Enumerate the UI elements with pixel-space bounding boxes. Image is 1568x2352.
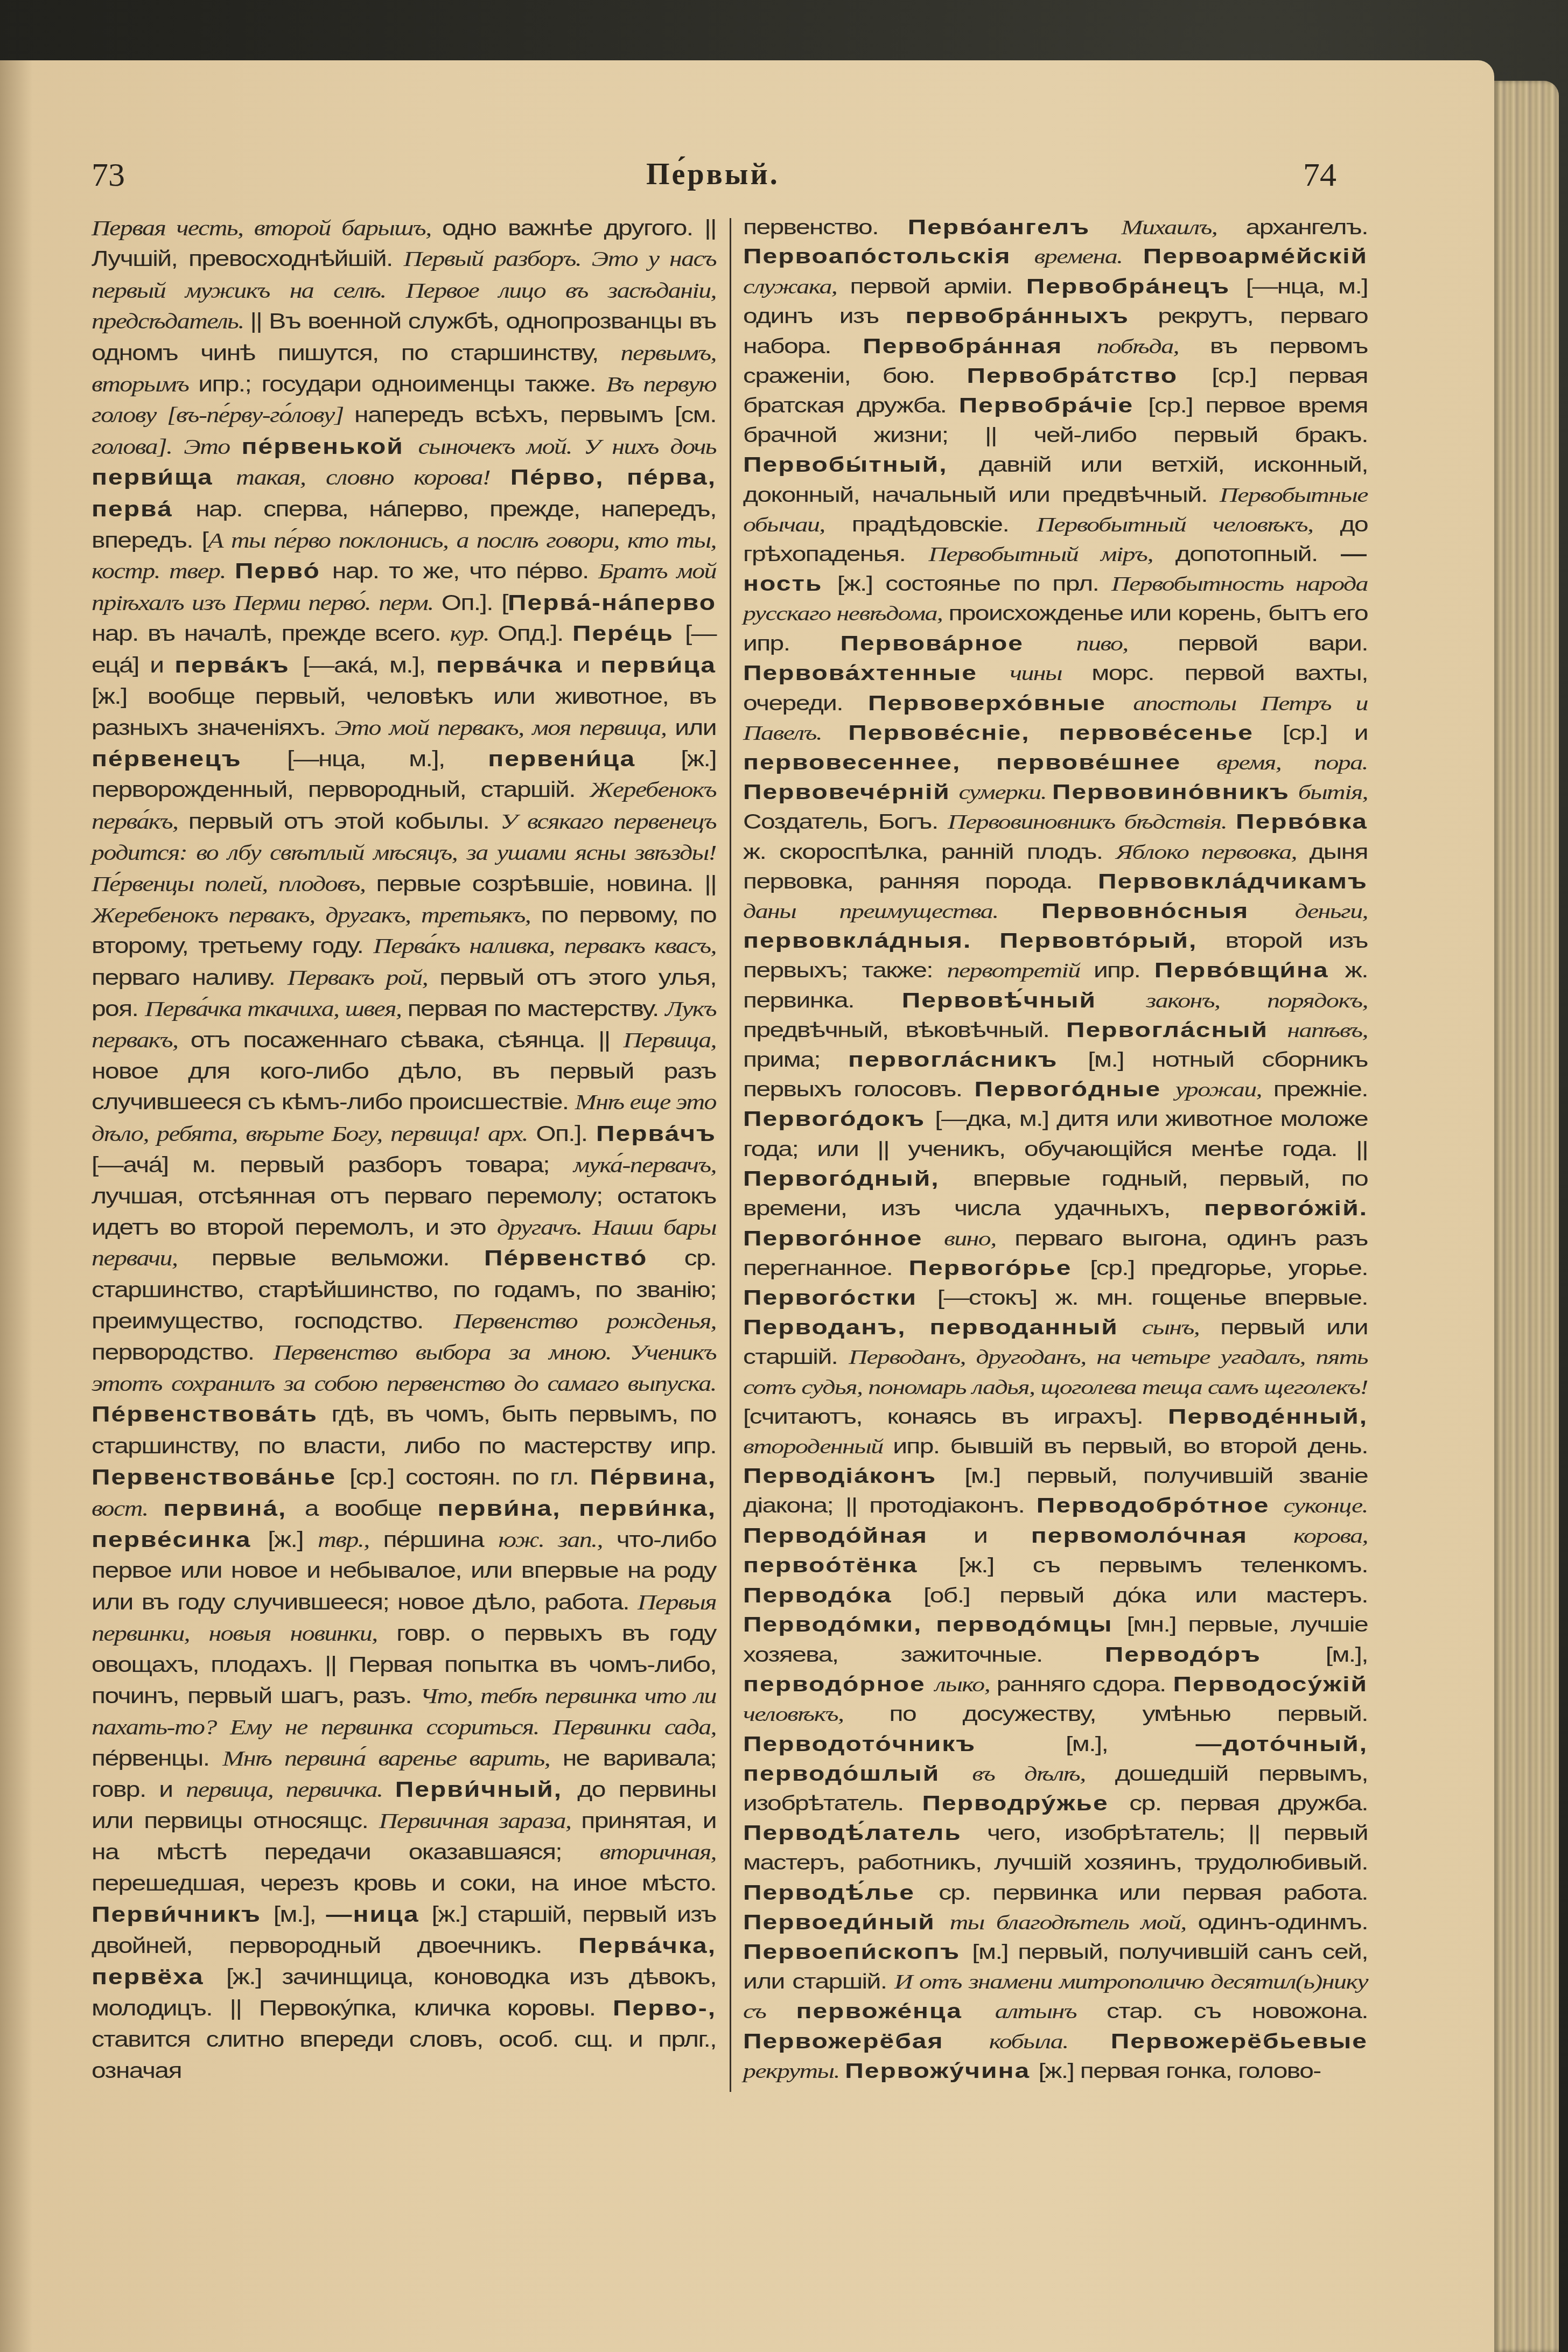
- headword: Первобра́нецъ: [1026, 275, 1246, 298]
- definition-text: предвѣчный, вѣковѣчный.: [743, 1019, 1066, 1042]
- example-text: побѣда,: [1096, 335, 1210, 358]
- headword: Первого́дный,: [743, 1167, 973, 1191]
- example-text: Первенство рожденья,: [453, 1309, 716, 1333]
- example-text: напѣвъ,: [1287, 1019, 1368, 1042]
- definition-text: [м.],: [1066, 1733, 1196, 1756]
- headword: Перво́вка: [1236, 810, 1368, 834]
- headword: Перводе́нный,: [1168, 1405, 1368, 1429]
- definition-text: ср. первая дружба.: [1129, 1792, 1368, 1815]
- definition-text: [—нца, м.],: [287, 747, 488, 771]
- headword: Перва́-на́перво: [508, 591, 716, 615]
- example-text: Мнѣ первина́ варенье варить,: [222, 1746, 562, 1770]
- page-number-right: 74: [1303, 156, 1336, 194]
- example-text: сумерки.: [958, 781, 1052, 804]
- example-text: сынъ,: [1142, 1316, 1221, 1339]
- headword: первоо́тёнка: [743, 1554, 958, 1577]
- column-divider: [730, 218, 731, 2092]
- example-text: второденный: [743, 1435, 893, 1458]
- example-text: Первица,: [623, 1028, 716, 1052]
- definition-text: ставится слитно впереди словъ, особ. сщ.…: [92, 2027, 716, 2083]
- example-text: корова,: [1293, 1524, 1368, 1548]
- definition-text: [об.] первый до́ка или мастеръ.: [923, 1584, 1368, 1607]
- headword: Первожерёбьевые: [1111, 2030, 1368, 2053]
- headword: Первовно́сныя: [1041, 900, 1295, 923]
- headword: Перво́вщи́на: [1154, 959, 1345, 982]
- example-text: Это мой первакъ, моя первица,: [335, 716, 675, 740]
- left-text-column: Первая честь, второй барышъ, одно важнѣе…: [92, 213, 716, 2087]
- example-text: вост.: [92, 1496, 163, 1521]
- headword: Перво­го́стки: [743, 1286, 937, 1310]
- definition-text: первая по мастерству.: [408, 997, 666, 1021]
- definition-text: [ж.] первая гонка, голово-: [1038, 2060, 1320, 2083]
- headword: перви́ща: [92, 466, 236, 490]
- page-header: 73 Пе́рвый. 74: [0, 156, 1494, 210]
- definition-text: первородство.: [92, 1340, 273, 1364]
- definition-text: пе́ршина: [383, 1528, 498, 1552]
- example-text: ты благодѣтель мой,: [950, 1911, 1198, 1934]
- definition-text: перваго наливу.: [92, 965, 288, 990]
- headword: перва́чка: [436, 653, 576, 677]
- headword: Перводо́йная: [743, 1524, 974, 1548]
- page-number-left: 73: [92, 156, 125, 194]
- definition-text: Создатель, Богъ.: [743, 810, 948, 834]
- headword: Перви́чникъ: [92, 1902, 274, 1927]
- headword: Перводіа́конъ: [743, 1465, 964, 1488]
- headword: пе́рвенецъ: [92, 747, 287, 771]
- example-text: сыночекъ мой. У нихъ дочь: [418, 435, 716, 459]
- example-text: Перва́къ наливка, первакъ квасъ,: [373, 934, 716, 958]
- definition-text: первый отъ этой кобылы.: [188, 809, 500, 834]
- example-text: деньги,: [1295, 900, 1368, 923]
- definition-text: перешедшая, черезъ кровь и соки, на иное…: [92, 1871, 716, 1895]
- definition-text: и: [576, 653, 600, 677]
- example-text: Первакъ рой,: [288, 965, 439, 990]
- definition-text: Оп.].: [536, 1122, 596, 1146]
- definition-text: прима;: [743, 1048, 848, 1072]
- headword: Пер­ви́чный,: [395, 1777, 578, 1802]
- headword: Первого́рье: [908, 1257, 1090, 1280]
- example-text: голова]. Это: [92, 435, 241, 459]
- definition-text: первенство.: [743, 216, 908, 239]
- headword: Перводосу́жій: [1173, 1673, 1368, 1696]
- headword: Перводѣ́лье: [743, 1881, 939, 1905]
- definition-text: ипр.: [1094, 959, 1154, 982]
- headword: Пере́ць: [572, 622, 685, 646]
- headword: Первожерёбая: [743, 2030, 989, 2053]
- headword: Первовер­хо́вные: [868, 691, 1133, 715]
- example-text: служака,: [743, 275, 850, 298]
- headword: перви́ца: [600, 653, 716, 677]
- example-text: Яблоко первовка,: [1116, 841, 1309, 864]
- example-text: Первая честь, второй барышъ,: [92, 216, 442, 240]
- headword: Первовкла́дчикамъ: [1098, 870, 1368, 893]
- headword: —ница: [326, 1902, 431, 1927]
- example-text: лыко,: [935, 1673, 997, 1696]
- headword: перводо́рное: [743, 1673, 935, 1696]
- definition-text: ранняго сдора.: [997, 1673, 1173, 1696]
- definition-text: Оп.]. [: [442, 591, 508, 615]
- definition-text: прадѣдовскіе.: [852, 513, 1037, 536]
- example-text: въ дѣлѣ,: [972, 1762, 1115, 1786]
- example-text: алтынъ: [995, 2000, 1107, 2024]
- headword: первени́ца: [488, 747, 681, 771]
- headword: Перводѣ́латель: [743, 1822, 987, 1845]
- right-text-column: первенство. Перво́ангелъ Михаилъ, арханг…: [743, 213, 1368, 2087]
- headword: Первожу́чина: [845, 2060, 1038, 2083]
- headword: Пе́рвенство́: [484, 1247, 684, 1271]
- headword: Перва́чъ: [596, 1122, 716, 1146]
- definition-text: [—ака́, м.],: [303, 653, 436, 677]
- example-text: чины: [1010, 662, 1091, 685]
- definition-text: ипр.; государи одноименцы также.: [198, 372, 606, 396]
- example-text: Жеребенокъ первакъ, другакъ, третьякъ,: [92, 903, 541, 927]
- definition-text: первые созрѣвшіе, новина. ||: [376, 872, 716, 896]
- headword: Первоарме́йскій: [1143, 246, 1368, 269]
- example-text: времена.: [1034, 246, 1143, 269]
- headword: Первовѣ́чный: [902, 989, 1146, 1012]
- example-text: Перва́чка ткачиха, швея,: [145, 997, 408, 1021]
- headword: Первобы́тный,: [743, 454, 979, 477]
- definition-text: прежніе.: [1273, 1078, 1368, 1101]
- example-text: вино,: [944, 1227, 1014, 1250]
- definition-text: [ср.] предгорье, угорье.: [1090, 1257, 1368, 1280]
- definition-text: и: [974, 1524, 1031, 1548]
- definition-text: архангелъ.: [1246, 216, 1368, 239]
- definition-text: ср. первинка или первая работа.: [939, 1881, 1368, 1905]
- headword: Первовече́рній: [743, 781, 958, 804]
- example-text: юж. зап.,: [498, 1528, 616, 1552]
- example-text: твр.,: [318, 1528, 383, 1552]
- example-text: кур.: [450, 622, 498, 646]
- definition-text: [м.],: [274, 1902, 326, 1927]
- definition-text: [ср.] состоян. по гл.: [349, 1465, 590, 1489]
- headword: Перводото́чникъ: [743, 1733, 1066, 1756]
- definition-text: пе́рвенцы.: [92, 1746, 222, 1770]
- example-text: законъ, порядокъ,: [1146, 989, 1368, 1012]
- example-text: первотретій: [947, 959, 1094, 982]
- definition-text: одинъ-одинмъ.: [1198, 1911, 1368, 1934]
- headword: первогла́сникъ: [848, 1048, 1088, 1072]
- example-text: суконце.: [1284, 1495, 1368, 1518]
- example-text: время, пора.: [1216, 751, 1368, 774]
- example-text: пиво,: [1076, 632, 1178, 655]
- example-text: Михаилъ,: [1122, 216, 1246, 239]
- definition-text: допотопный.: [1175, 543, 1341, 566]
- headword: Перводо́ръ: [1105, 1643, 1326, 1667]
- example-text: Первичная зараза,: [379, 1809, 582, 1833]
- headword: Первоепи́скопъ: [743, 1941, 972, 1964]
- definition-text: стар. съ новожона.: [1107, 2000, 1368, 2024]
- example-text: урожаи,: [1175, 1078, 1273, 1101]
- headword: Первобра́нная: [863, 335, 1096, 358]
- definition-text: по досужеству, умѣнью первый.: [890, 1703, 1368, 1726]
- example-text: такая, словно корова!: [236, 466, 510, 490]
- example-text: рекруты.: [743, 2060, 845, 2083]
- definition-text: [ср.] и: [1283, 722, 1368, 745]
- headword: перва́къ: [174, 653, 303, 677]
- headword: Первовино́вникъ: [1052, 781, 1298, 804]
- headword: Первогла́сный: [1066, 1019, 1287, 1042]
- running-title: Пе́рвый.: [646, 157, 780, 192]
- definition-text: [—ача́] м. первый разборъ товара;: [92, 1153, 573, 1177]
- headword: первобра́нныхъ: [905, 305, 1158, 328]
- headword: Перводо́ка: [743, 1584, 923, 1607]
- definition-text: первой арміи.: [850, 275, 1026, 298]
- headword: Первоапо́стольскія: [743, 246, 1034, 269]
- definition-text: а вообще: [305, 1496, 438, 1521]
- example-text: вторичная,: [599, 1840, 716, 1864]
- headword: Первого́докъ: [743, 1108, 935, 1131]
- example-text: мука́-первачъ,: [573, 1153, 716, 1177]
- headword: Перводо́мки, перводо́мцы: [743, 1614, 1126, 1637]
- headword: первина́,: [163, 1496, 305, 1521]
- headword: Перво́ангелъ: [908, 216, 1122, 239]
- definition-text: [ж.]: [268, 1528, 318, 1552]
- definition-text: [ж.] состоянье по прл.: [837, 572, 1111, 596]
- headword: Пе́рвенствова́ть: [92, 1403, 331, 1427]
- example-text: Первобытный міръ,: [928, 543, 1175, 566]
- definition-text: первой вари.: [1178, 632, 1368, 655]
- definition-text: ипр. бывшій въ первый, во второй день.: [893, 1435, 1368, 1458]
- definition-text: [ж.] съ первымъ теленкомъ.: [958, 1554, 1368, 1577]
- definition-text: ж. скороспѣлка, ранній плодъ.: [743, 841, 1116, 864]
- headword: Перво́: [235, 559, 332, 584]
- definition-text: Опд.].: [498, 622, 572, 646]
- headword: Перво-,: [613, 1996, 716, 2020]
- definition-text: отъ посаженнаго сѣвака, сѣянца. ||: [191, 1028, 624, 1052]
- headword: Перводру́жье: [922, 1792, 1130, 1815]
- headword: Перводобро́тное: [1037, 1495, 1284, 1518]
- page-block-edges: [1494, 81, 1559, 2352]
- definition-text: [м.],: [1326, 1643, 1368, 1667]
- headword: Первобра́тство: [967, 365, 1212, 388]
- headword: Первова́рное: [840, 632, 1076, 655]
- example-text: даны преимущества.: [743, 900, 1041, 923]
- definition-text: или: [675, 716, 716, 740]
- spine-shadow: [0, 60, 32, 2352]
- headword: Первоеди́ный: [743, 1911, 950, 1934]
- example-text: Первовиновникъ бѣдствія.: [948, 810, 1236, 834]
- headword: Первове́сніе, первове́сенье: [848, 722, 1283, 745]
- definition-text: напередъ всѣхъ, первымъ [см.: [354, 403, 716, 428]
- definition-text: [считаютъ, конаясь въ играхъ].: [743, 1405, 1168, 1429]
- definition-text: первые вельможи.: [212, 1247, 484, 1271]
- headword: пе́рвенькой: [241, 435, 418, 459]
- headword: Первенствова́нье: [92, 1465, 349, 1489]
- definition-text: нар. то же, что пе́рво.: [332, 559, 598, 584]
- example-text: кобыла.: [989, 2030, 1111, 2053]
- headword: Первобра́чіе: [959, 394, 1148, 417]
- definition-text: нар. въ началѣ, прежде всего.: [92, 622, 450, 646]
- headword: первовкла́дныя. Первовто́рый,: [743, 929, 1225, 953]
- headword: первовесеннее, первове́шнее: [743, 751, 1216, 774]
- example-text: первица, первичка.: [186, 1777, 395, 1802]
- headword: Пе́рвина,: [590, 1465, 716, 1489]
- example-text: бытія,: [1298, 781, 1368, 804]
- headword: первомоло́чная: [1031, 1524, 1293, 1548]
- example-text: Первобытный человѣкъ,: [1036, 513, 1340, 536]
- headword: Первова́хтенные: [743, 662, 1010, 685]
- headword: первоже́нца: [796, 2000, 995, 2024]
- headword: Перводанъ, перводанный: [743, 1316, 1142, 1339]
- definition-text: [—стокъ] ж. мн. гощенье впервые.: [937, 1286, 1368, 1310]
- example-text: человѣкъ,: [743, 1703, 890, 1726]
- headword: Первого́дные: [975, 1078, 1175, 1101]
